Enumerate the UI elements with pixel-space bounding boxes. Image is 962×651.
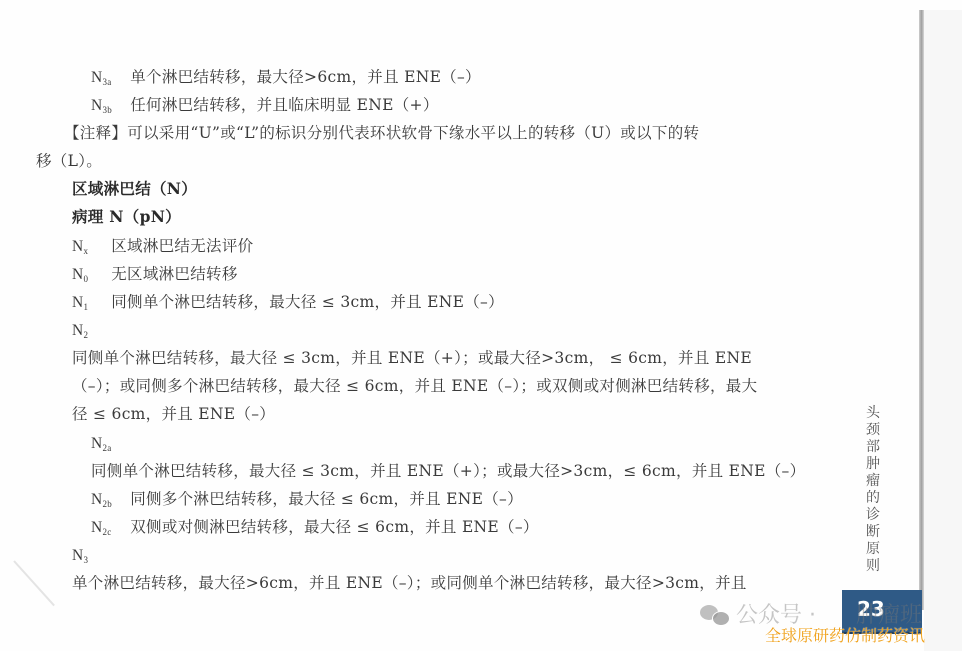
n2b-line: N2b 同侧多个淋巴结转移，最大径 ≤ 6cm，并且 ENE（–） (91, 489, 523, 514)
stage-code: N2c (91, 518, 125, 542)
stage-code: N2a (91, 434, 125, 458)
page-edge (919, 10, 924, 610)
stage-description: 任何淋巴结转移，并且临床明显 ENE（+） (130, 96, 438, 114)
n2-description-2: （–）；或同侧多个淋巴结转移，最大径 ≤ 6cm，并且 ENE（–）；或双侧或对… (72, 376, 757, 396)
n0-line: N0 无区域淋巴结转移 (72, 264, 238, 289)
chapter-side-title: 头颈部肿瘤的诊断原则 (864, 405, 882, 575)
n2a-description: 同侧单个淋巴结转移，最大径 ≤ 3cm，并且 ENE（+）；或最大径>3cm，≤… (91, 461, 805, 481)
wechat-icon (700, 603, 730, 625)
n2-line: N2 (72, 320, 106, 345)
n3a-line: N3a 单个淋巴结转移，最大径>6cm，并且 ENE（–） (91, 67, 481, 92)
n3b-line: N3b 任何淋巴结转移，并且临床明显 ENE（+） (91, 95, 439, 120)
stage-code: N0 (72, 265, 106, 289)
stage-code: N2b (91, 490, 125, 514)
n3-line: N3 (72, 545, 106, 570)
stage-description: 同侧多个淋巴结转移，最大径 ≤ 6cm，并且 ENE（–） (130, 490, 523, 508)
n2-description-3: 径 ≤ 6cm，并且 ENE（–） (72, 404, 275, 424)
section-heading-pathologic-n: 病理 N（pN） (72, 207, 181, 227)
n3-description: 单个淋巴结转移，最大径>6cm，并且 ENE（–）；或同侧单个淋巴结转移，最大径… (72, 573, 747, 593)
nx-line: Nx 区域淋巴结无法评价 (72, 236, 253, 261)
note-line-2: 移（L）。 (36, 151, 102, 171)
n2a-line: N2a (91, 433, 125, 458)
section-heading-regional-nodes: 区域淋巴结（N） (72, 179, 197, 199)
stage-code: N3b (91, 96, 125, 120)
note-line-1: 【注释】可以采用“U”或“L”的标识分别代表环状软骨下缘水平以上的转移（U）或以… (64, 123, 699, 143)
page-gutter (924, 10, 962, 651)
stage-description: 同侧单个淋巴结转移，最大径 ≤ 3cm，并且 ENE（–） (111, 293, 504, 311)
n1-line: N1 同侧单个淋巴结转移，最大径 ≤ 3cm，并且 ENE（–） (72, 292, 504, 317)
stage-code: N1 (72, 293, 106, 317)
stage-description: 区域淋巴结无法评价 (111, 237, 253, 255)
stage-code: N3 (72, 546, 106, 570)
stage-description: 单个淋巴结转移，最大径>6cm，并且 ENE（–） (130, 68, 481, 86)
stage-code: N2 (72, 321, 106, 345)
stage-description: 双侧或对侧淋巴结转移，最大径 ≤ 6cm，并且 ENE（–） (130, 518, 538, 536)
overlay-caption: 全球原研药仿制药资讯 (765, 623, 925, 646)
page-fold-mark (13, 560, 55, 606)
stage-description: 无区域淋巴结转移 (111, 265, 237, 283)
stage-code: Nx (72, 237, 106, 261)
n2c-line: N2c 双侧或对侧淋巴结转移，最大径 ≤ 6cm，并且 ENE（–） (91, 517, 539, 542)
book-page: N3a 单个淋巴结转移，最大径>6cm，并且 ENE（–） N3b 任何淋巴结转… (0, 0, 962, 651)
stage-code: N3a (91, 68, 125, 92)
n2-description-1: 同侧单个淋巴结转移，最大径 ≤ 3cm，并且 ENE（+）；或最大径>3cm， … (72, 348, 752, 368)
